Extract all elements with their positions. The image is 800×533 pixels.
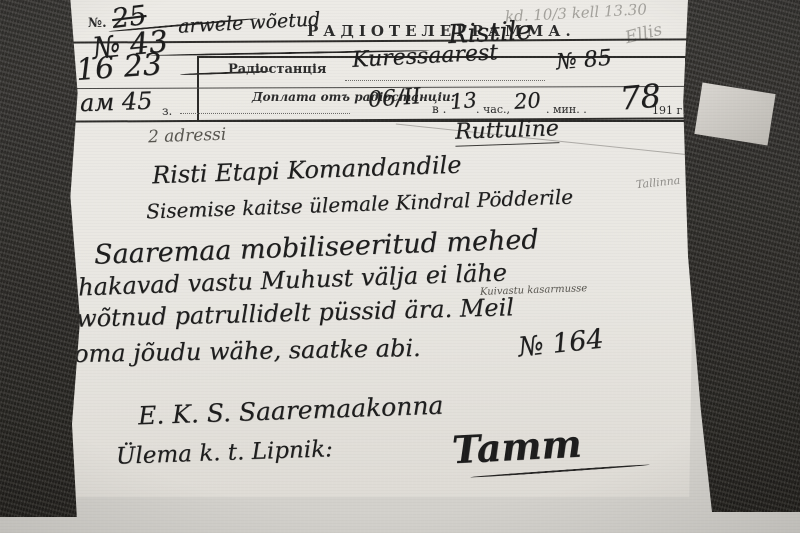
fill-dots <box>345 80 545 81</box>
form-title: РАДІОТЕЛЕГРАММА. <box>307 22 576 40</box>
addressee-line-1: Risti Etapi Komandandile <box>152 151 462 190</box>
hour-value: 13 <box>449 88 478 114</box>
radiostation-label: Радіостанція <box>228 62 327 77</box>
at-label: в . <box>432 102 446 116</box>
signature: Tamm <box>451 421 583 473</box>
sender-organization: E. K. S. Saaremaakonna <box>138 391 444 431</box>
telegram-sheet: №. 25 arwele wõetud РАДІОТЕЛЕГРАММА. kd.… <box>52 0 697 497</box>
sender-role: Ülema k. t. Lipnik: <box>116 436 334 470</box>
year-label: 191 г. <box>652 104 686 117</box>
surcharge-label: Доплата отъ радіостанціи: <box>252 90 455 104</box>
address-count-note: 2 adressi <box>148 125 227 148</box>
message-number-164: № 164 <box>517 324 605 364</box>
pencil-tallinna-note: Tallinna <box>635 174 680 192</box>
number-85: № 85 <box>555 46 613 76</box>
fill-dots <box>180 113 350 114</box>
number-1623: 16 23 <box>75 47 163 88</box>
date-value: 06/II <box>367 84 421 113</box>
minutes-value: 20 <box>513 88 541 114</box>
pencil-signature-note: Ellis <box>623 20 664 48</box>
dark-border-left <box>0 0 80 517</box>
urgency-note: Ruttuline <box>455 116 560 147</box>
words-label: з. <box>162 104 172 118</box>
message-line-4: oma jõudu wähe, saatke abi. <box>74 334 421 368</box>
form-number-label: №. <box>88 16 107 31</box>
addressee-line-2: Sisemise kaitse ülemale Kindral Pödderil… <box>146 185 574 224</box>
am45-value: ам 45 <box>80 87 153 118</box>
hour-label: . час., <box>476 103 510 116</box>
telegram-photograph: №. 25 arwele wõetud РАДІОТЕЛЕГРАММА. kd.… <box>0 0 800 533</box>
minutes-label: . мин. . <box>546 103 587 116</box>
arwele-woetud-note: arwele wõetud <box>178 8 321 37</box>
